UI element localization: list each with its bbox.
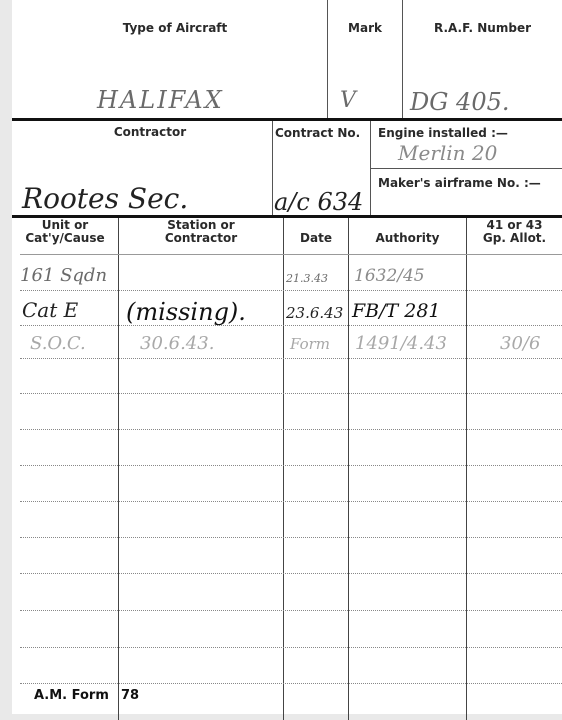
mark-value: V xyxy=(340,88,356,113)
row-line xyxy=(20,683,562,684)
row-line xyxy=(20,537,562,538)
makers-airframe-label: Maker's airframe No. :— xyxy=(378,177,541,190)
contract-no-label: Contract No. xyxy=(275,127,360,140)
row-line xyxy=(20,465,562,466)
col-header-date: Date xyxy=(284,232,348,245)
col-divider-2 xyxy=(283,218,284,720)
row3-allot: 30/6 xyxy=(500,333,540,354)
row1-date: 21.3.43 xyxy=(286,272,328,285)
rule-middle xyxy=(12,215,562,218)
type-of-aircraft-label: Type of Aircraft xyxy=(60,22,290,35)
row-line xyxy=(20,393,562,394)
row3-station: 30.6.43. xyxy=(140,333,214,354)
row-line xyxy=(20,647,562,648)
row2-unit: Cat E xyxy=(22,298,78,322)
row2-date: 23.6.43 xyxy=(286,304,343,322)
raf-number-value: DG 405. xyxy=(410,88,509,116)
divider-contractno-engine xyxy=(370,121,371,217)
engine-installed-value: Merlin 20 xyxy=(398,141,497,165)
row3-date: Form xyxy=(290,335,330,353)
contractor-label: Contractor xyxy=(40,126,260,139)
row-line xyxy=(20,290,562,291)
row1-unit: 161 Sqdn xyxy=(20,265,107,286)
row-line xyxy=(20,573,562,574)
contract-no-value: a/c 634 xyxy=(274,188,363,216)
col-header-authority: Authority xyxy=(349,232,466,245)
col-divider-3 xyxy=(348,218,349,720)
divider-type-mark xyxy=(327,0,328,120)
row-line xyxy=(20,358,562,359)
divider-contractor-contractno xyxy=(272,121,273,217)
header-bottom-line xyxy=(20,254,562,255)
divider-engine-airframe xyxy=(370,168,562,169)
row2-station: (missing). xyxy=(126,298,246,326)
form-label: A.M. Form xyxy=(34,688,109,703)
row2-authority: FB/T 281 xyxy=(352,300,441,322)
contractor-value: Rootes Sec. xyxy=(22,182,188,215)
col-header-allot: 41 or 43 Gp. Allot. xyxy=(467,219,562,245)
row-line xyxy=(20,325,562,326)
col-header-station: Station or Contractor xyxy=(119,219,283,245)
row-line xyxy=(20,610,562,611)
type-of-aircraft-value: HALIFAX xyxy=(97,86,224,114)
mark-label: Mark xyxy=(328,22,402,35)
row-line xyxy=(20,501,562,502)
rule-top xyxy=(12,118,562,121)
col-divider-1 xyxy=(118,218,119,720)
row3-unit: S.O.C. xyxy=(30,333,86,354)
col-divider-4 xyxy=(466,218,467,720)
col-header-unit: Unit or Cat'y/Cause xyxy=(12,219,118,245)
form-number: 78 xyxy=(121,688,139,703)
row-line xyxy=(20,429,562,430)
divider-mark-raf xyxy=(402,0,403,120)
engine-installed-label: Engine installed :— xyxy=(378,127,508,140)
row1-authority: 1632/45 xyxy=(354,266,425,286)
row3-authority: 1491/4.43 xyxy=(355,333,447,354)
raf-number-label: R.A.F. Number xyxy=(403,22,562,35)
